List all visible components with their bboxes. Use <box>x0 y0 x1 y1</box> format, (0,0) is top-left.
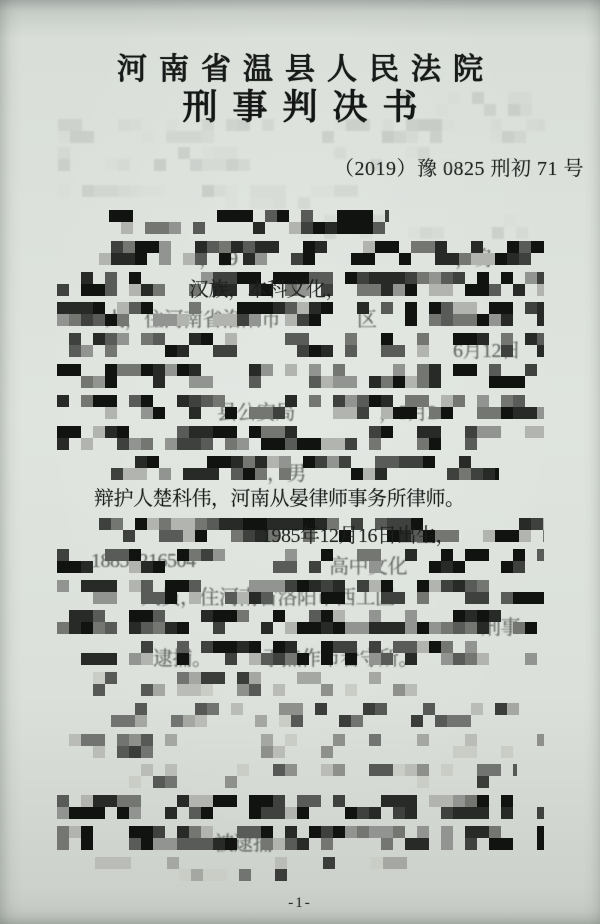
mosaic-cell <box>135 456 147 468</box>
mosaic-cell <box>346 159 358 171</box>
mosaic-cell <box>267 253 279 265</box>
mosaic-cell <box>465 561 489 573</box>
mosaic-cell <box>203 857 215 869</box>
mosaic-cell <box>81 438 93 450</box>
mosaic-cell <box>489 641 501 653</box>
mosaic-cell <box>543 703 544 715</box>
mosaic-cell <box>285 438 297 450</box>
mosaic-cell <box>219 241 231 253</box>
mosaic-cell <box>81 333 93 345</box>
mosaic-cell <box>141 580 153 592</box>
mosaic-cell <box>393 302 405 314</box>
mosaic-cell <box>214 185 226 197</box>
mosaic-cell <box>273 561 297 573</box>
mosaic-cell <box>525 826 537 838</box>
mosaic-cell <box>339 468 351 480</box>
mosaic-cell <box>147 715 159 727</box>
mosaic-cell <box>189 302 201 314</box>
mosaic-cell <box>250 131 262 143</box>
mosaic-cell <box>165 395 177 407</box>
mosaic-cell <box>57 592 69 604</box>
mosaic-cell <box>183 456 207 468</box>
mosaic-cell <box>447 468 459 480</box>
mosaic-cell <box>465 592 489 604</box>
mosaic-cell <box>508 92 532 104</box>
redaction-mosaic <box>99 703 544 727</box>
mosaic-cell <box>471 703 483 715</box>
mosaic-cell <box>69 838 81 850</box>
mosaic-cell <box>117 345 129 357</box>
mosaic-cell <box>465 580 477 592</box>
mosaic-cell <box>393 826 405 838</box>
mosaic-cell <box>441 734 465 746</box>
mosaic-cell <box>407 869 419 881</box>
mosaic-cell <box>153 776 165 788</box>
mosaic-cell <box>333 345 345 357</box>
mosaic-cell <box>165 580 189 592</box>
mosaic-cell <box>213 549 225 561</box>
mosaic-cell <box>133 222 145 234</box>
mosaic-cell <box>387 253 399 265</box>
mosaic-cell <box>231 715 243 727</box>
mosaic-cell <box>429 795 453 807</box>
mosaic-cell <box>179 869 191 881</box>
mosaic-cell <box>237 395 261 407</box>
mosaic-cell <box>141 807 153 819</box>
mosaic-cell <box>399 456 423 468</box>
mosaic-cell <box>435 241 447 253</box>
mosaic-cell <box>95 857 107 869</box>
mosaic-cell <box>141 622 153 634</box>
mosaic-cell <box>465 838 477 850</box>
redacted-line <box>57 792 544 823</box>
mosaic-cell <box>537 407 544 419</box>
mosaic-cell <box>261 302 273 314</box>
mosaic-cell <box>315 703 327 715</box>
mosaic-cell <box>70 159 82 171</box>
mosaic-cell <box>153 592 165 604</box>
mosaic-cell <box>123 456 135 468</box>
mosaic-cell <box>351 456 363 468</box>
mosaic-cell <box>261 314 285 326</box>
mosaic-cell <box>118 131 142 143</box>
mosaic-cell <box>261 684 273 696</box>
mosaic-cell <box>489 272 501 284</box>
mosaic-cell <box>337 222 349 234</box>
mosaic-cell <box>501 776 513 788</box>
mosaic-cell <box>69 345 81 357</box>
mosaic-cell <box>323 857 335 869</box>
mosaic-cell <box>405 561 417 573</box>
mosaic-cell <box>309 580 321 592</box>
mosaic-cell <box>477 549 489 561</box>
mosaic-cell <box>489 795 501 807</box>
mosaic-cell <box>93 592 117 604</box>
mosaic-cell <box>190 197 202 209</box>
mosaic-cell <box>141 776 153 788</box>
mosaic-cell <box>190 159 202 171</box>
mosaic-cell <box>225 641 237 653</box>
mosaic-cell <box>453 333 477 345</box>
mosaic-cell <box>381 684 393 696</box>
mosaic-cell <box>345 580 357 592</box>
mosaic-cell <box>141 407 153 419</box>
mosaic-cell <box>97 222 109 234</box>
mosaic-cell <box>261 580 285 592</box>
mosaic-cell <box>159 241 171 253</box>
mosaic-cell <box>442 131 454 143</box>
mosaic-cell <box>69 580 81 592</box>
mosaic-cell <box>490 119 502 131</box>
mosaic-cell <box>429 333 441 345</box>
redacted-line: 汉族，本科文化， <box>57 269 544 300</box>
mosaic-cell <box>303 703 315 715</box>
mosaic-cell <box>405 272 417 284</box>
mosaic-cell <box>225 364 249 376</box>
mosaic-cell <box>81 826 93 838</box>
mosaic-cell <box>393 641 405 653</box>
mosaic-cell <box>513 426 525 438</box>
mosaic-cell <box>501 592 513 604</box>
mosaic-cell <box>406 119 418 131</box>
mosaic-cell <box>429 438 441 450</box>
mosaic-cell <box>142 185 166 197</box>
redaction-mosaic <box>57 826 544 850</box>
mosaic-cell <box>130 119 142 131</box>
mosaic-cell <box>448 104 472 116</box>
mosaic-cell <box>237 746 249 758</box>
mosaic-cell <box>531 703 543 715</box>
mosaic-cell <box>261 746 273 758</box>
mosaic-cell <box>321 610 333 622</box>
mosaic-cell <box>322 159 334 171</box>
mosaic-cell <box>273 734 285 746</box>
mosaic-cell <box>537 641 544 653</box>
mosaic-cell <box>334 185 358 197</box>
mosaic-cell <box>201 438 213 450</box>
mosaic-cell <box>489 549 501 561</box>
mosaic-cell <box>57 426 81 438</box>
mosaic-cell <box>238 159 250 171</box>
redaction-mosaic <box>57 764 517 788</box>
mosaic-cell <box>441 438 465 450</box>
mosaic-cell <box>159 518 171 530</box>
mosaic-cell <box>520 104 532 116</box>
mosaic-cell <box>310 197 322 209</box>
mosaic-cell <box>507 241 519 253</box>
mosaic-cell <box>346 147 358 159</box>
mosaic-cell <box>297 345 309 357</box>
mosaic-cell <box>165 333 177 345</box>
mosaic-cell <box>153 746 165 758</box>
mosaic-cell <box>303 468 327 480</box>
mosaic-cell <box>371 869 383 881</box>
mosaic-cell <box>525 284 537 296</box>
mosaic-cell <box>453 838 465 850</box>
mosaic-cell <box>165 684 177 696</box>
mosaic-cell <box>408 215 420 227</box>
mosaic-cell <box>129 653 141 665</box>
mosaic-cell <box>369 622 381 634</box>
mosaic-cell <box>382 131 394 143</box>
mosaic-cell <box>327 253 339 265</box>
mosaic-cell <box>57 826 69 838</box>
mosaic-cell <box>155 857 167 869</box>
mosaic-cell <box>106 131 118 143</box>
mosaic-cell <box>243 241 255 253</box>
mosaic-cell <box>321 364 333 376</box>
mosaic-cell <box>249 345 261 357</box>
mosaic-cell <box>357 734 369 746</box>
mosaic-cell <box>513 826 525 838</box>
mosaic-cell <box>381 826 393 838</box>
mosaic-cell <box>489 284 501 296</box>
mosaic-cell <box>441 592 453 604</box>
mosaic-cell <box>369 333 381 345</box>
mosaic-cell <box>492 215 504 227</box>
mosaic-cell <box>525 734 537 746</box>
mosaic-cell <box>189 395 201 407</box>
mosaic-cell <box>237 734 249 746</box>
mosaic-cell <box>381 764 393 776</box>
mosaic-cell <box>261 764 273 776</box>
mosaic-cell <box>225 438 237 450</box>
mosaic-cell <box>169 222 181 234</box>
mosaic-cell <box>262 147 274 159</box>
mosaic-cell <box>321 776 333 788</box>
mosaic-cell <box>237 653 249 665</box>
mosaic-cell <box>106 159 118 171</box>
mosaic-cell <box>477 395 489 407</box>
mosaic-cell <box>532 92 540 104</box>
mosaic-cell <box>346 197 358 209</box>
mosaic-cell <box>69 407 81 419</box>
mosaic-cell <box>219 518 243 530</box>
mosaic-cell <box>178 131 202 143</box>
mosaic-cell <box>405 302 417 314</box>
mosaic-cell <box>189 580 201 592</box>
mosaic-cell <box>381 314 393 326</box>
mosaic-cell <box>273 838 285 850</box>
mosaic-cell <box>225 764 237 776</box>
mosaic-cell <box>117 807 129 819</box>
mosaic-cell <box>489 333 501 345</box>
mosaic-cell <box>159 703 171 715</box>
mosaic-cell <box>93 826 105 838</box>
mosaic-cell <box>225 580 237 592</box>
mosaic-cell <box>489 580 501 592</box>
mosaic-cell <box>525 426 544 438</box>
mosaic-cell <box>369 407 381 419</box>
mosaic-cell <box>477 364 489 376</box>
mosaic-cell <box>453 395 465 407</box>
mosaic-cell <box>201 333 213 345</box>
mosaic-cell <box>249 561 261 573</box>
redaction-mosaic <box>57 395 544 419</box>
mosaic-cell <box>94 185 118 197</box>
mosaic-cell <box>111 715 123 727</box>
mosaic-cell <box>441 407 453 419</box>
mosaic-cell <box>417 364 429 376</box>
mosaic-cell <box>501 653 525 665</box>
mosaic-cell <box>507 715 519 727</box>
redacted-line: 逮捕。于焦作市看守所。 <box>57 638 544 669</box>
mosaic-cell <box>249 807 261 819</box>
mosaic-cell <box>153 272 165 284</box>
mosaic-cell <box>297 314 309 326</box>
mosaic-cell <box>177 764 201 776</box>
mosaic-cell <box>513 622 525 634</box>
mosaic-cell <box>321 795 333 807</box>
mosaic-cell <box>382 147 394 159</box>
mosaic-cell <box>237 826 249 838</box>
mosaic-cell <box>261 622 273 634</box>
mosaic-cell <box>477 807 489 819</box>
mosaic-cell <box>297 364 309 376</box>
mosaic-cell <box>345 826 357 838</box>
mosaic-cell <box>167 869 179 881</box>
mosaic-cell <box>532 104 540 116</box>
redacted-line: 18851216504高中文化 <box>57 546 544 577</box>
mosaic-cell <box>118 119 130 131</box>
mosaic-cell <box>333 561 345 573</box>
mosaic-cell <box>501 302 513 314</box>
mosaic-cell <box>262 131 286 143</box>
mosaic-cell <box>213 395 225 407</box>
mosaic-cell <box>177 314 189 326</box>
mosaic-cell <box>375 715 387 727</box>
mosaic-cell <box>465 549 477 561</box>
mosaic-cell <box>345 426 357 438</box>
mosaic-cell <box>453 610 465 622</box>
mosaic-cell <box>411 241 435 253</box>
mosaic-cell <box>537 653 544 665</box>
mosaic-cell <box>507 518 519 530</box>
mosaic-cell <box>249 826 261 838</box>
mosaic-cell <box>237 764 249 776</box>
mosaic-cell <box>513 610 525 622</box>
redacted-line <box>57 731 544 762</box>
mosaic-cell <box>262 119 274 131</box>
mosaic-cell <box>81 364 93 376</box>
mosaic-cell <box>69 776 93 788</box>
mosaic-cell <box>117 561 129 573</box>
mosaic-cell <box>201 622 213 634</box>
mosaic-cell <box>213 653 225 665</box>
mosaic-cell <box>201 580 213 592</box>
mosaic-cell <box>190 147 202 159</box>
mosaic-cell <box>375 253 387 265</box>
mosaic-cell <box>351 468 363 480</box>
mosaic-cell <box>213 622 225 634</box>
mosaic-cell <box>265 210 277 222</box>
mosaic-cell <box>153 364 165 376</box>
mosaic-cell <box>82 197 94 209</box>
mosaic-cell <box>81 795 93 807</box>
mosaic-cell <box>514 131 526 143</box>
mosaic-cell <box>93 376 105 388</box>
mosaic-cell <box>435 253 459 265</box>
mosaic-cell <box>231 253 243 265</box>
mosaic-cell <box>285 610 297 622</box>
mosaic-cell <box>129 734 141 746</box>
mosaic-cell <box>227 869 239 881</box>
mosaic-cell <box>69 592 81 604</box>
mosaic-cell <box>117 592 141 604</box>
mosaic-cell <box>424 92 436 104</box>
mosaic-cell <box>135 530 147 542</box>
mosaic-cell <box>525 795 537 807</box>
mosaic-cell <box>333 333 345 345</box>
mosaic-cell <box>393 734 405 746</box>
bleed-through-texture <box>58 185 358 209</box>
mosaic-cell <box>285 426 297 438</box>
mosaic-cell <box>478 119 490 131</box>
mosaic-cell <box>358 147 382 159</box>
mosaic-cell <box>333 407 357 419</box>
mosaic-cell <box>285 407 297 419</box>
mosaic-cell <box>429 407 441 419</box>
mosaic-cell <box>297 549 321 561</box>
mosaic-cell <box>81 807 93 819</box>
mosaic-cell <box>519 518 531 530</box>
mosaic-cell <box>489 746 501 758</box>
mosaic-cell <box>58 185 70 197</box>
mosaic-cell <box>93 549 105 561</box>
mosaic-cell <box>399 715 411 727</box>
mosaic-cell <box>154 119 166 131</box>
mosaic-cell <box>201 807 213 819</box>
mosaic-cell <box>291 468 303 480</box>
mosaic-cell <box>417 641 429 653</box>
mosaic-cell <box>105 764 117 776</box>
mosaic-cell <box>141 345 165 357</box>
mosaic-cell <box>273 622 285 634</box>
mosaic-cell <box>531 241 544 253</box>
mosaic-cell <box>249 592 261 604</box>
mosaic-cell <box>153 795 165 807</box>
mosaic-cell <box>357 653 369 665</box>
redaction-mosaic <box>57 302 544 326</box>
mosaic-cell <box>369 302 381 314</box>
mosaic-cell <box>480 215 492 227</box>
mosaic-cell <box>417 407 429 419</box>
redacted-line: 刑事 <box>57 607 544 638</box>
mosaic-cell <box>285 364 297 376</box>
mosaic-cell <box>143 857 155 869</box>
defender-statement: 辩护人楚科伟，河南从晏律师事务所律师。 <box>57 484 544 515</box>
mosaic-cell <box>441 807 453 819</box>
mosaic-cell <box>393 764 405 776</box>
mosaic-cell <box>225 395 237 407</box>
mosaic-cell <box>243 456 255 468</box>
mosaic-cell <box>297 407 309 419</box>
mosaic-cell <box>99 241 111 253</box>
mosaic-cell <box>489 438 501 450</box>
mosaic-cell <box>57 272 81 284</box>
mosaic-cell <box>117 333 129 345</box>
mosaic-cell <box>453 746 465 758</box>
mosaic-cell <box>357 684 381 696</box>
mosaic-cell <box>177 807 189 819</box>
mosaic-cell <box>501 314 513 326</box>
mosaic-cell <box>111 518 123 530</box>
mosaic-cell <box>441 302 453 314</box>
mosaic-cell <box>334 159 346 171</box>
mosaic-cell <box>454 119 466 131</box>
mosaic-cell <box>165 734 177 746</box>
mosaic-cell <box>441 826 453 838</box>
